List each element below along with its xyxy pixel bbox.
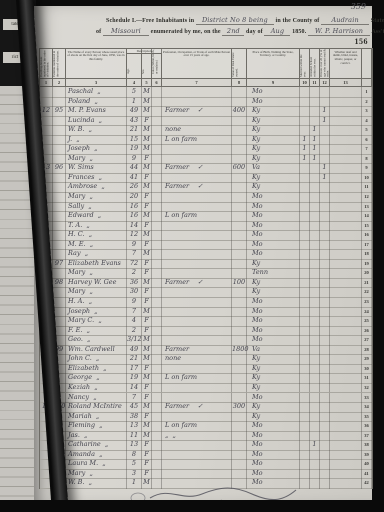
table-row: 97Elizabeth Evans72FKy19	[40, 259, 372, 269]
table-row: Mary „30FKy22	[40, 287, 372, 297]
census-table: Description. Dwelling-houses numbered in…	[39, 48, 373, 489]
header-married-label: Married within the year.	[300, 49, 309, 78]
table-row: M. E. „9FMo17	[40, 240, 372, 250]
title-suffix: State	[371, 18, 384, 24]
state-handwritten: Missouri	[103, 27, 149, 36]
header-condition: Whether deaf and dumb, blind, insane, id…	[330, 49, 362, 79]
title-marshal-label: Ass't Marshal.	[371, 29, 384, 35]
table-row: 16100Roland McIntire45MFarmer ✓300Ky34	[40, 402, 372, 412]
table-row: Ray „7MMo18	[40, 249, 372, 259]
cell-c11	[310, 478, 320, 489]
table-row: Ambrose „26MFarmer ✓Ky11	[40, 182, 372, 192]
col-number: 9	[247, 79, 300, 87]
table-row: Lucinda „43FKy14	[40, 116, 372, 126]
table-row: Sally „16FMo13	[40, 202, 372, 212]
scan-bottom-band	[0, 500, 384, 512]
table-row: 1599Wm. Cardwell49MFarmer1800Va28	[40, 345, 372, 355]
title-dayof: day of	[246, 29, 263, 35]
header-married: Married within the year.	[300, 49, 310, 79]
header-occupation: Profession, Occupation, or Trade of each…	[162, 49, 232, 79]
header-condition-label: Whether deaf and dumb, blind, insane, id…	[330, 49, 361, 78]
header-dwelling-label: Dwelling-houses numbered in the order of…	[40, 49, 52, 78]
table-row: Mary „20FMo12	[40, 192, 372, 202]
header-name: The Name of every Person whose usual pla…	[66, 49, 127, 79]
header-family-label: Families numbered in the order of visita…	[53, 49, 65, 78]
census-page: 359 156 Schedule I.—Free Inhabitants in …	[34, 6, 372, 504]
table-row: John C. „21MnoneKy29	[40, 354, 372, 364]
table-row: H. A. „9FMo23	[40, 297, 372, 307]
table-row: T. A. „14FMo15	[40, 221, 372, 231]
header-value: Value of Real Estate owned.	[232, 49, 247, 79]
printed-page-number: 156	[355, 37, 369, 46]
handwritten-page-number: 359	[351, 2, 366, 11]
col-number: 5	[142, 79, 152, 87]
col-number: 7	[162, 79, 232, 87]
column-number-row: 1 2 3 4 5 6 7 8 9 10 11 12 13	[40, 79, 372, 87]
census-scan: { "doc": { "page_number_handwritten": "3…	[0, 0, 384, 512]
table-row: J. „15ML on farmKy116	[40, 135, 372, 145]
schedule-title-line2: of Missouri enumerated by me, on the 2nd…	[96, 27, 384, 36]
header-school-label: Attended School within the year.	[310, 49, 319, 78]
table-row: Joseph „19MKy117	[40, 144, 372, 154]
table-row: George „19ML on farmKy31	[40, 373, 372, 383]
county-handwritten: Audrain	[321, 16, 369, 25]
district-handwritten: District No 8 being	[196, 16, 274, 25]
header-occupation-label: Profession, Occupation, or Trade of each…	[162, 49, 231, 78]
header-family: Families numbered in the order of visita…	[53, 49, 66, 79]
header-school: Attended School within the year.	[310, 49, 320, 79]
table-row: Jas. „11M„ „Mo37	[40, 431, 372, 441]
cell-ln: 42	[362, 478, 372, 489]
table-row: Mary „2FTenn20	[40, 268, 372, 278]
header-dwelling: Dwelling-houses numbered in the order of…	[40, 49, 53, 79]
table-row: Edward „16ML on farmMo14	[40, 211, 372, 221]
header-birthplace-label: Place of Birth, Naming the State, Territ…	[247, 49, 299, 78]
table-row: Keziah „14FKy32	[40, 383, 372, 393]
header-cannot-read: Persons over 20 y'rs of age who cannot r…	[320, 49, 330, 79]
table-row: Frances „41FKy110	[40, 173, 372, 183]
table-row: 1295M. P. Evans49MFarmer ✓400Ky13	[40, 106, 372, 116]
header-line-number	[362, 49, 372, 79]
col-number: 11	[310, 79, 320, 87]
description-group-label: Description.	[127, 49, 162, 54]
marshal-handwritten: W. P. Harrison	[308, 27, 370, 36]
table-row: Mary „9FKy118	[40, 154, 372, 164]
col-number: 12	[320, 79, 330, 87]
table-row: Geo. „3/12MMo27	[40, 335, 372, 345]
table-row: F. E. „2FMo26	[40, 326, 372, 336]
title-year: 1850.	[292, 29, 306, 35]
header-cannot-read-label: Persons over 20 y'rs of age who cannot r…	[320, 49, 329, 78]
title-enumerated: enumerated by me, on the	[151, 29, 221, 35]
table-header-row: Description. Dwelling-houses numbered in…	[40, 49, 372, 79]
cell-c10	[300, 478, 310, 489]
table-row: Nancy „7FMo33	[40, 393, 372, 403]
title-of: of	[96, 29, 101, 35]
col-number: 3	[66, 79, 127, 87]
table-row: Poland „1MMo2	[40, 97, 372, 107]
cell-c13	[330, 478, 362, 489]
col-number: 6	[152, 79, 162, 87]
table-row: Catharine „13FMo138	[40, 440, 372, 450]
col-number: 4	[127, 79, 142, 87]
table-row: Joseph „7MMo24	[40, 307, 372, 317]
col-number: 2	[53, 79, 66, 87]
table-row: 1396W. Sims44MFarmer ✓600Va19	[40, 163, 372, 173]
table-row: Laura M. „5FMo40	[40, 459, 372, 469]
header-birthplace: Place of Birth, Naming the State, Territ…	[247, 49, 300, 79]
table-body: Paschal „5MMo1Poland „1MMo21295M. P. Eva…	[40, 87, 372, 488]
schedule-title-line1: Schedule I.—Free Inhabitants in District…	[106, 16, 384, 25]
cell-n: W. B. „	[66, 478, 127, 489]
month-handwritten: Aug	[264, 27, 290, 36]
col-number: 13	[330, 79, 362, 87]
table-row: 1498Harvey W. Gee36MFarmer ✓100Ky21	[40, 278, 372, 288]
title-prefix: Schedule I.—Free Inhabitants in	[106, 18, 194, 24]
col-number: 1	[40, 79, 53, 87]
table-row: Fleming „13ML on farmMo36	[40, 421, 372, 431]
table-row: Mariah „38FKy35	[40, 412, 372, 422]
cell-c12	[320, 478, 330, 489]
day-handwritten: 2nd	[222, 27, 244, 36]
table-row: Paschal „5MMo1	[40, 87, 372, 97]
table-row: Mary C. „4FMo25	[40, 316, 372, 326]
header-name-label: The Name of every Person whose usual pla…	[66, 49, 126, 78]
col-number: 8	[232, 79, 247, 87]
table-row: H. C. „12MMo16	[40, 230, 372, 240]
table-row: Elizabeth „17FKy30	[40, 364, 372, 374]
col-number: 10	[300, 79, 310, 87]
title-mid: in the County of	[276, 18, 320, 24]
table-row: Mary „3FMo41	[40, 469, 372, 479]
table-row: W. B. „21MnoneKy15	[40, 125, 372, 135]
header-value-label: Value of Real Estate owned.	[232, 49, 246, 78]
table-row: Amanda „8FMo39	[40, 450, 372, 460]
col-number	[362, 79, 372, 87]
